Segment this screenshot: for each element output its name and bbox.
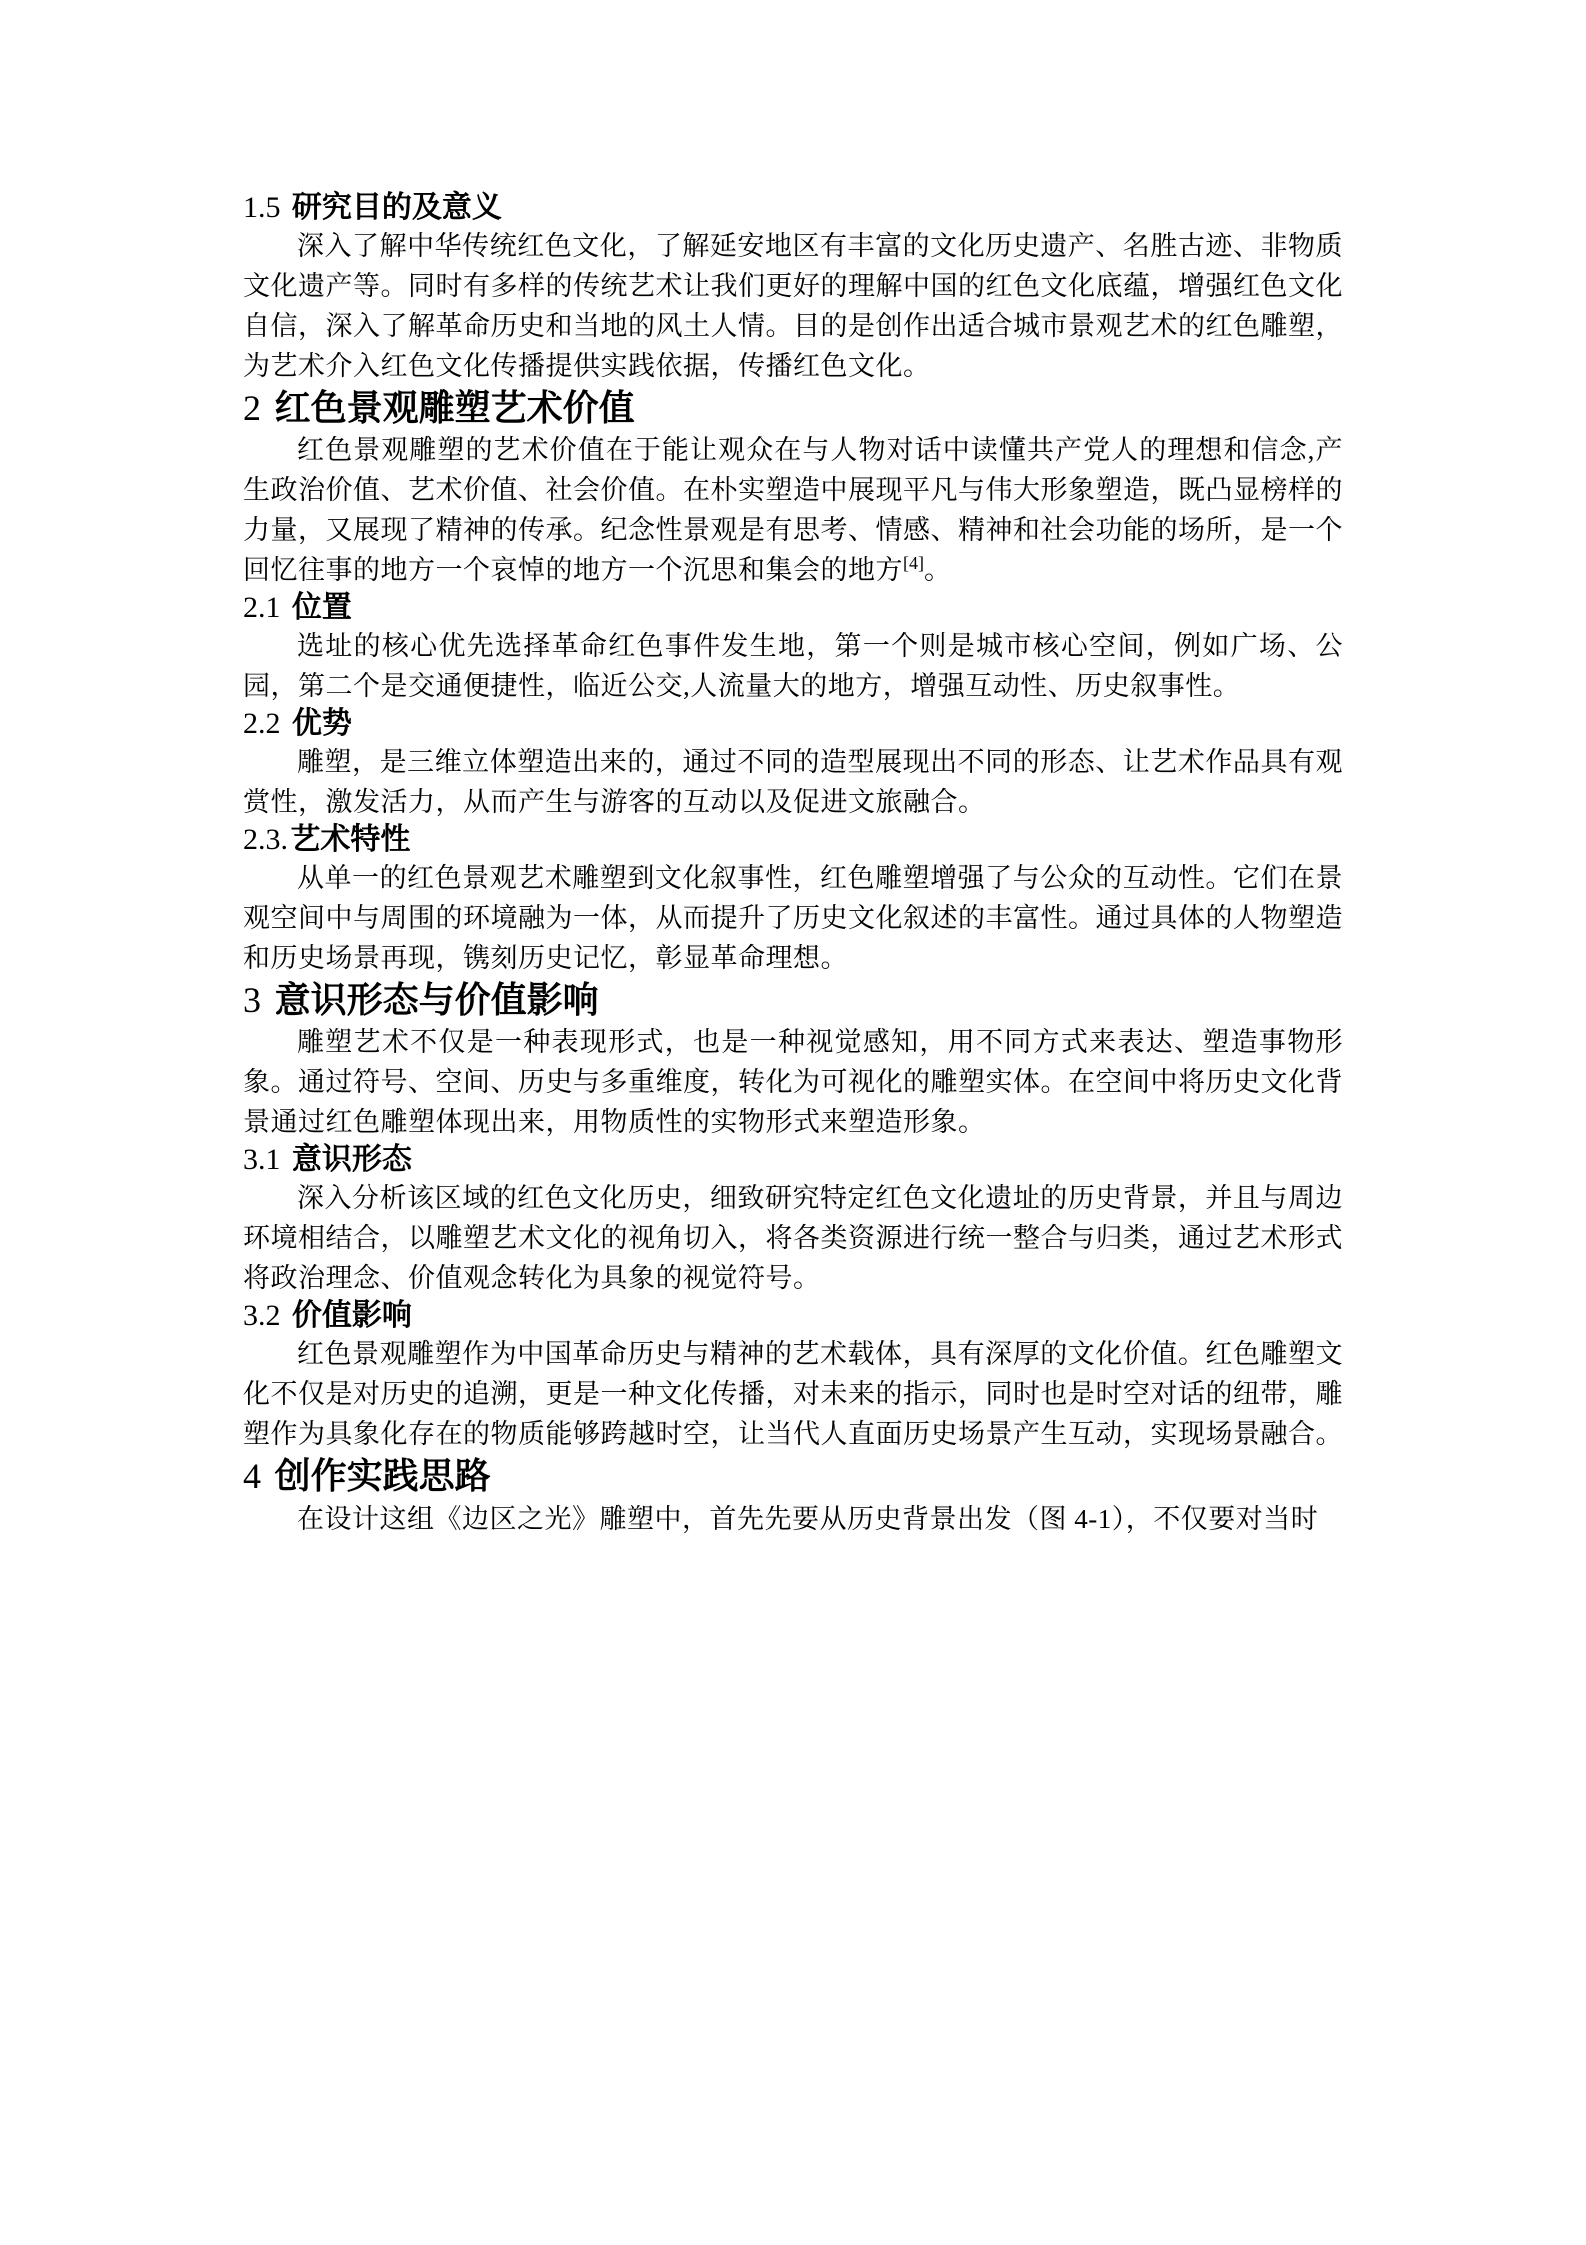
heading-3-1-ideology: 3.1意识形态 xyxy=(243,1142,1343,1178)
para-research-purpose: 深入了解中华传统红色文化，了解延安地区有丰富的文化历史遗产、名胜古迹、非物质文化… xyxy=(243,226,1343,386)
heading-3-ideology-value: 3意识形态与价值影响 xyxy=(243,978,1343,1022)
heading-4-creative-practice: 4创作实践思路 xyxy=(243,1454,1343,1498)
heading-text: 位置 xyxy=(292,591,352,624)
text-column: 1.5研究目的及意义 深入了解中华传统红色文化，了解延安地区有丰富的文化历史遗产… xyxy=(0,0,1586,1539)
heading-number: 3.2 xyxy=(243,1299,281,1332)
para-value-impact: 红色景观雕塑作为中国革命历史与精神的艺术载体，具有深厚的文化价值。红色雕塑文化不… xyxy=(243,1334,1343,1454)
heading-2-3-artistic-character: 2.3.艺术特性 xyxy=(243,822,1343,858)
heading-number: 3.1 xyxy=(243,1143,281,1176)
heading-2-2-advantage: 2.2优势 xyxy=(243,706,1343,742)
heading-2-1-location: 2.1位置 xyxy=(243,590,1343,626)
para-ideology-intro: 雕塑艺术不仅是一种表现形式，也是一种视觉感知，用不同方式来表达、塑造事物形象。通… xyxy=(243,1022,1343,1142)
para-art-value-tail: 。 xyxy=(924,555,952,585)
para-advantage: 雕塑，是三维立体塑造出来的，通过不同的造型展现出不同的形态、让艺术作品具有观赏性… xyxy=(243,742,1343,822)
para-creative-practice: 在设计这组《边区之光》雕塑中，首先先要从历史背景出发（图 4-1），不仅要对当时 xyxy=(243,1499,1343,1539)
heading-2-art-value: 2红色景观雕塑艺术价值 xyxy=(243,386,1343,430)
heading-number: 1.5 xyxy=(243,191,281,224)
heading-text: 艺术特性 xyxy=(290,823,410,856)
heading-text: 研究目的及意义 xyxy=(292,191,502,224)
citation-4: [4] xyxy=(903,553,924,573)
para-location: 选址的核心优先选择革命红色事件发生地，第一个则是城市核心空间，例如广场、公园，第… xyxy=(243,626,1343,706)
document-page: 1.5研究目的及意义 深入了解中华传统红色文化，了解延安地区有丰富的文化历史遗产… xyxy=(0,0,1586,2245)
heading-number: 2.3. xyxy=(243,823,288,856)
heading-text: 意识形态与价值影响 xyxy=(275,979,599,1020)
heading-1-5-research-purpose: 1.5研究目的及意义 xyxy=(243,190,1343,226)
heading-text: 红色景观雕塑艺术价值 xyxy=(275,387,635,428)
para-art-value-text: 红色景观雕塑的艺术价值在于能让观众在与人物对话中读懂共产党人的理想和信念,产生政… xyxy=(243,435,1343,585)
heading-text: 价值影响 xyxy=(292,1299,412,1332)
heading-text: 优势 xyxy=(292,707,352,740)
heading-number: 2 xyxy=(243,388,261,428)
heading-number: 3 xyxy=(243,980,261,1020)
para-art-value: 红色景观雕塑的艺术价值在于能让观众在与人物对话中读懂共产党人的理想和信念,产生政… xyxy=(243,430,1343,590)
heading-number: 4 xyxy=(243,1456,261,1496)
heading-text: 意识形态 xyxy=(292,1143,412,1176)
para-ideology: 深入分析该区域的红色文化历史，细致研究特定红色文化遗址的历史背景，并且与周边环境… xyxy=(243,1178,1343,1298)
heading-number: 2.2 xyxy=(243,707,281,740)
heading-text: 创作实践思路 xyxy=(275,1455,491,1496)
heading-3-2-value-impact: 3.2价值影响 xyxy=(243,1298,1343,1334)
heading-number: 2.1 xyxy=(243,591,281,624)
para-artistic-character: 从单一的红色景观艺术雕塑到文化叙事性，红色雕塑增强了与公众的互动性。它们在景观空… xyxy=(243,858,1343,978)
